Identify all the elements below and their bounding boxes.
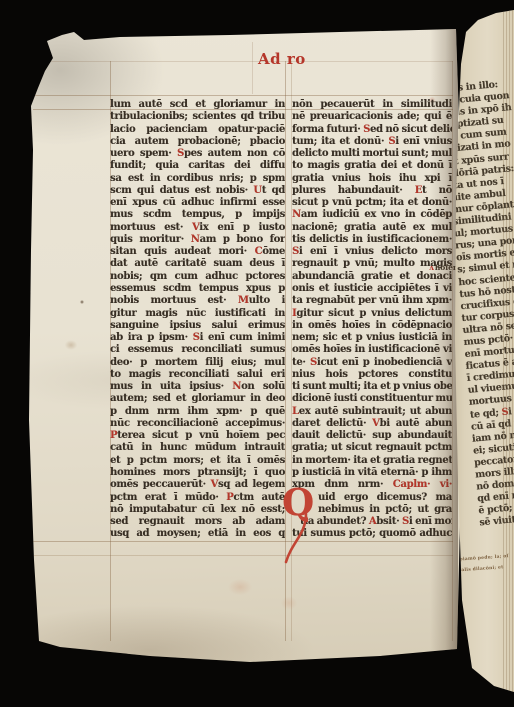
text-line: gitur magis nūc iustificati in <box>110 308 285 320</box>
text-line: nobis mortuus est· Multo i <box>110 295 285 307</box>
text-line: uero spem· Spes autem non cō <box>110 148 285 160</box>
text-line: omēs peccauerūt· Vsq ad legem <box>110 479 285 491</box>
text-line: mus scdm tempus, p impijs <box>110 209 285 221</box>
text-line: ta regnabūt per vnū ihm xpm· <box>292 295 452 307</box>
text-line: tia abundet? Absit· Si enī mor <box>292 516 452 528</box>
gutter-shadow <box>430 26 458 654</box>
text-line: sitan quis audeat mori· Cōme <box>110 246 285 258</box>
text-line: fundit; quia caritas dei diffu <box>110 160 285 172</box>
text-line: essemus scdm tempus xpus p <box>110 283 285 295</box>
ruling-line-vertical <box>252 42 253 94</box>
text-line: regnauit p vnū; multo magis <box>292 258 452 270</box>
text-line: ci essemus reconciliati sumus <box>110 344 285 356</box>
fore-edge-annotation-line-2: turalis dilacōni; et <box>453 565 504 574</box>
text-line: dauit delictū· sup abundauit <box>292 430 452 442</box>
text-line: nobis; qm cum adhuc pctores <box>110 271 285 283</box>
text-line: mus in uita ipsius· Non solū <box>110 381 285 393</box>
manuscript-photo: Ad ro lum autē scd et gloriamur intribul… <box>0 0 514 707</box>
chapter-initial-q: Q <box>282 485 316 565</box>
text-line: autem; sed et gloriamur in deo <box>110 393 285 405</box>
running-title: Ad ro <box>258 50 328 68</box>
text-line: deo· p mortem filij eius; mul <box>110 357 285 369</box>
text-line: plures habundauit· Et nō <box>292 185 452 197</box>
text-line: pctm erat ī mūdo· Pctm autē <box>110 492 285 504</box>
verso-page: Ad ro lum autē scd et gloriamur intribul… <box>0 0 514 707</box>
ruling-line-horizontal <box>33 555 453 556</box>
text-line: Nam iudiciū ex vno in cōdēp <box>292 209 452 221</box>
text-line: catū in hunc mūdum intrauit <box>110 442 285 454</box>
text-line: sa est in cordibus nris; p spm <box>110 173 285 185</box>
text-line: nōn pecauerūt in similitudi <box>292 99 452 111</box>
text-line: dat autē caritatē suam deus ī <box>110 258 285 270</box>
text-line: uid ergo dicemus? ma <box>292 492 452 504</box>
text-line: nius hois pctores constitu <box>292 369 452 381</box>
text-line: mortuus est· Vix enī p iusto <box>110 222 285 234</box>
text-line: Lex autē subintrauit; ut abun <box>292 406 452 418</box>
text-line: tribulacionibs; scientes qd tribu <box>110 111 285 123</box>
text-line: p iusticiā in vitā eternā· p ihm <box>292 467 452 479</box>
text-line: delicto multi mortui sunt; mul <box>292 148 452 160</box>
left-text-column: lum autē scd et gloriamur intribulacioni… <box>110 99 285 541</box>
text-line: nem; sic et p vnius iusticiā in <box>292 332 452 344</box>
text-line: Si enī ī vnius delicto mors <box>292 246 452 258</box>
text-line: abundanciā gratie et donaci <box>292 271 452 283</box>
text-line: nē preuaricacionis ade; qui ē <box>292 111 452 123</box>
text-line: in omēs hoīes in cōdēpnacio <box>292 320 452 332</box>
text-line: Igitur sicut p vnius delictum <box>292 308 452 320</box>
ruling-line-horizontal <box>33 95 453 96</box>
text-line: gratia; ut sicut regnauit pctm <box>292 442 452 454</box>
text-line: ab ira p ipsm· Si enī cum inimi <box>110 332 285 344</box>
text-line: usq ad moysen; etiā in eos q <box>110 528 285 540</box>
right-text-column: nōn pecauerūt in similitudinē preuaricac… <box>292 99 452 541</box>
text-line: gratia vnius hois ihu xpi ī <box>292 173 452 185</box>
text-line: in mortem· ita et gratia regnet <box>292 455 452 467</box>
text-line: lum autē scd et gloriamur in <box>110 99 285 111</box>
text-line: sicut p vnū pctm; ita et donū· <box>292 197 452 209</box>
text-line: nacionē; gratia autē ex mul <box>292 222 452 234</box>
text-line: tui sumus pctō; quomō adhuc <box>292 528 452 540</box>
text-line: quis moritur· Nam p bono for <box>110 234 285 246</box>
text-line: et p pctm mors; et ita ī omēs <box>110 455 285 467</box>
text-line: daret delictū· Vbi autē abun <box>292 418 452 430</box>
text-line: homines mors ptransijt; ī quo <box>110 467 285 479</box>
text-line: ti sunt multi; ita et p vnius obe <box>292 381 452 393</box>
text-line: to magis reconciliati salui eri <box>110 369 285 381</box>
ruling-line-horizontal <box>33 541 453 542</box>
text-line: lacio pacienciam opatur·paciē <box>110 124 285 136</box>
text-line: p dnm nrm ihm xpm· p quē <box>110 406 285 418</box>
text-line: tis delictis in iustificacionem· <box>292 234 452 246</box>
text-line: tum; ita et donū· Si enī vnius <box>292 136 452 148</box>
text-line: omēs hoīes in iustificacionē vi <box>292 344 452 356</box>
text-line: dicionē iusti constituentur multi· <box>292 393 452 405</box>
text-line: enī xpus cū adhuc infirmi esse <box>110 197 285 209</box>
fore-edge-annotation-line-1: uapiamō pedu; la; oſ <box>453 554 509 563</box>
text-line: sed regnauit mors ab adam <box>110 516 285 528</box>
text-line: Pterea sicut p vnū hoīem pec <box>110 430 285 442</box>
text-line: scm qui datus est nobis· Ut qd <box>110 185 285 197</box>
text-line: to magis gratia dei et donū ī <box>292 160 452 172</box>
text-line: cia autem probacionē; pbacio <box>110 136 285 148</box>
text-line: sanguine ipsius salui erimus <box>110 320 285 332</box>
text-line: onis et iusticie accipiētes ī vi <box>292 283 452 295</box>
text-line: forma futuri· Sed nō sicut delic <box>292 124 452 136</box>
text-line: nūc reconciliacionē accepimus· <box>110 418 285 430</box>
text-line: xpm dnm nrm· Caplm· vi· <box>292 479 452 491</box>
text-line: nō imputabatur cū lex nō esst; <box>110 504 285 516</box>
initial-tail <box>282 512 312 570</box>
fore-edge-striations <box>503 0 514 707</box>
ruling-line-horizontal <box>33 61 453 62</box>
text-line: te· Sicut enī p inobedienciā v <box>292 357 452 369</box>
text-line: nebimus in pctō; ut gra <box>292 504 452 516</box>
